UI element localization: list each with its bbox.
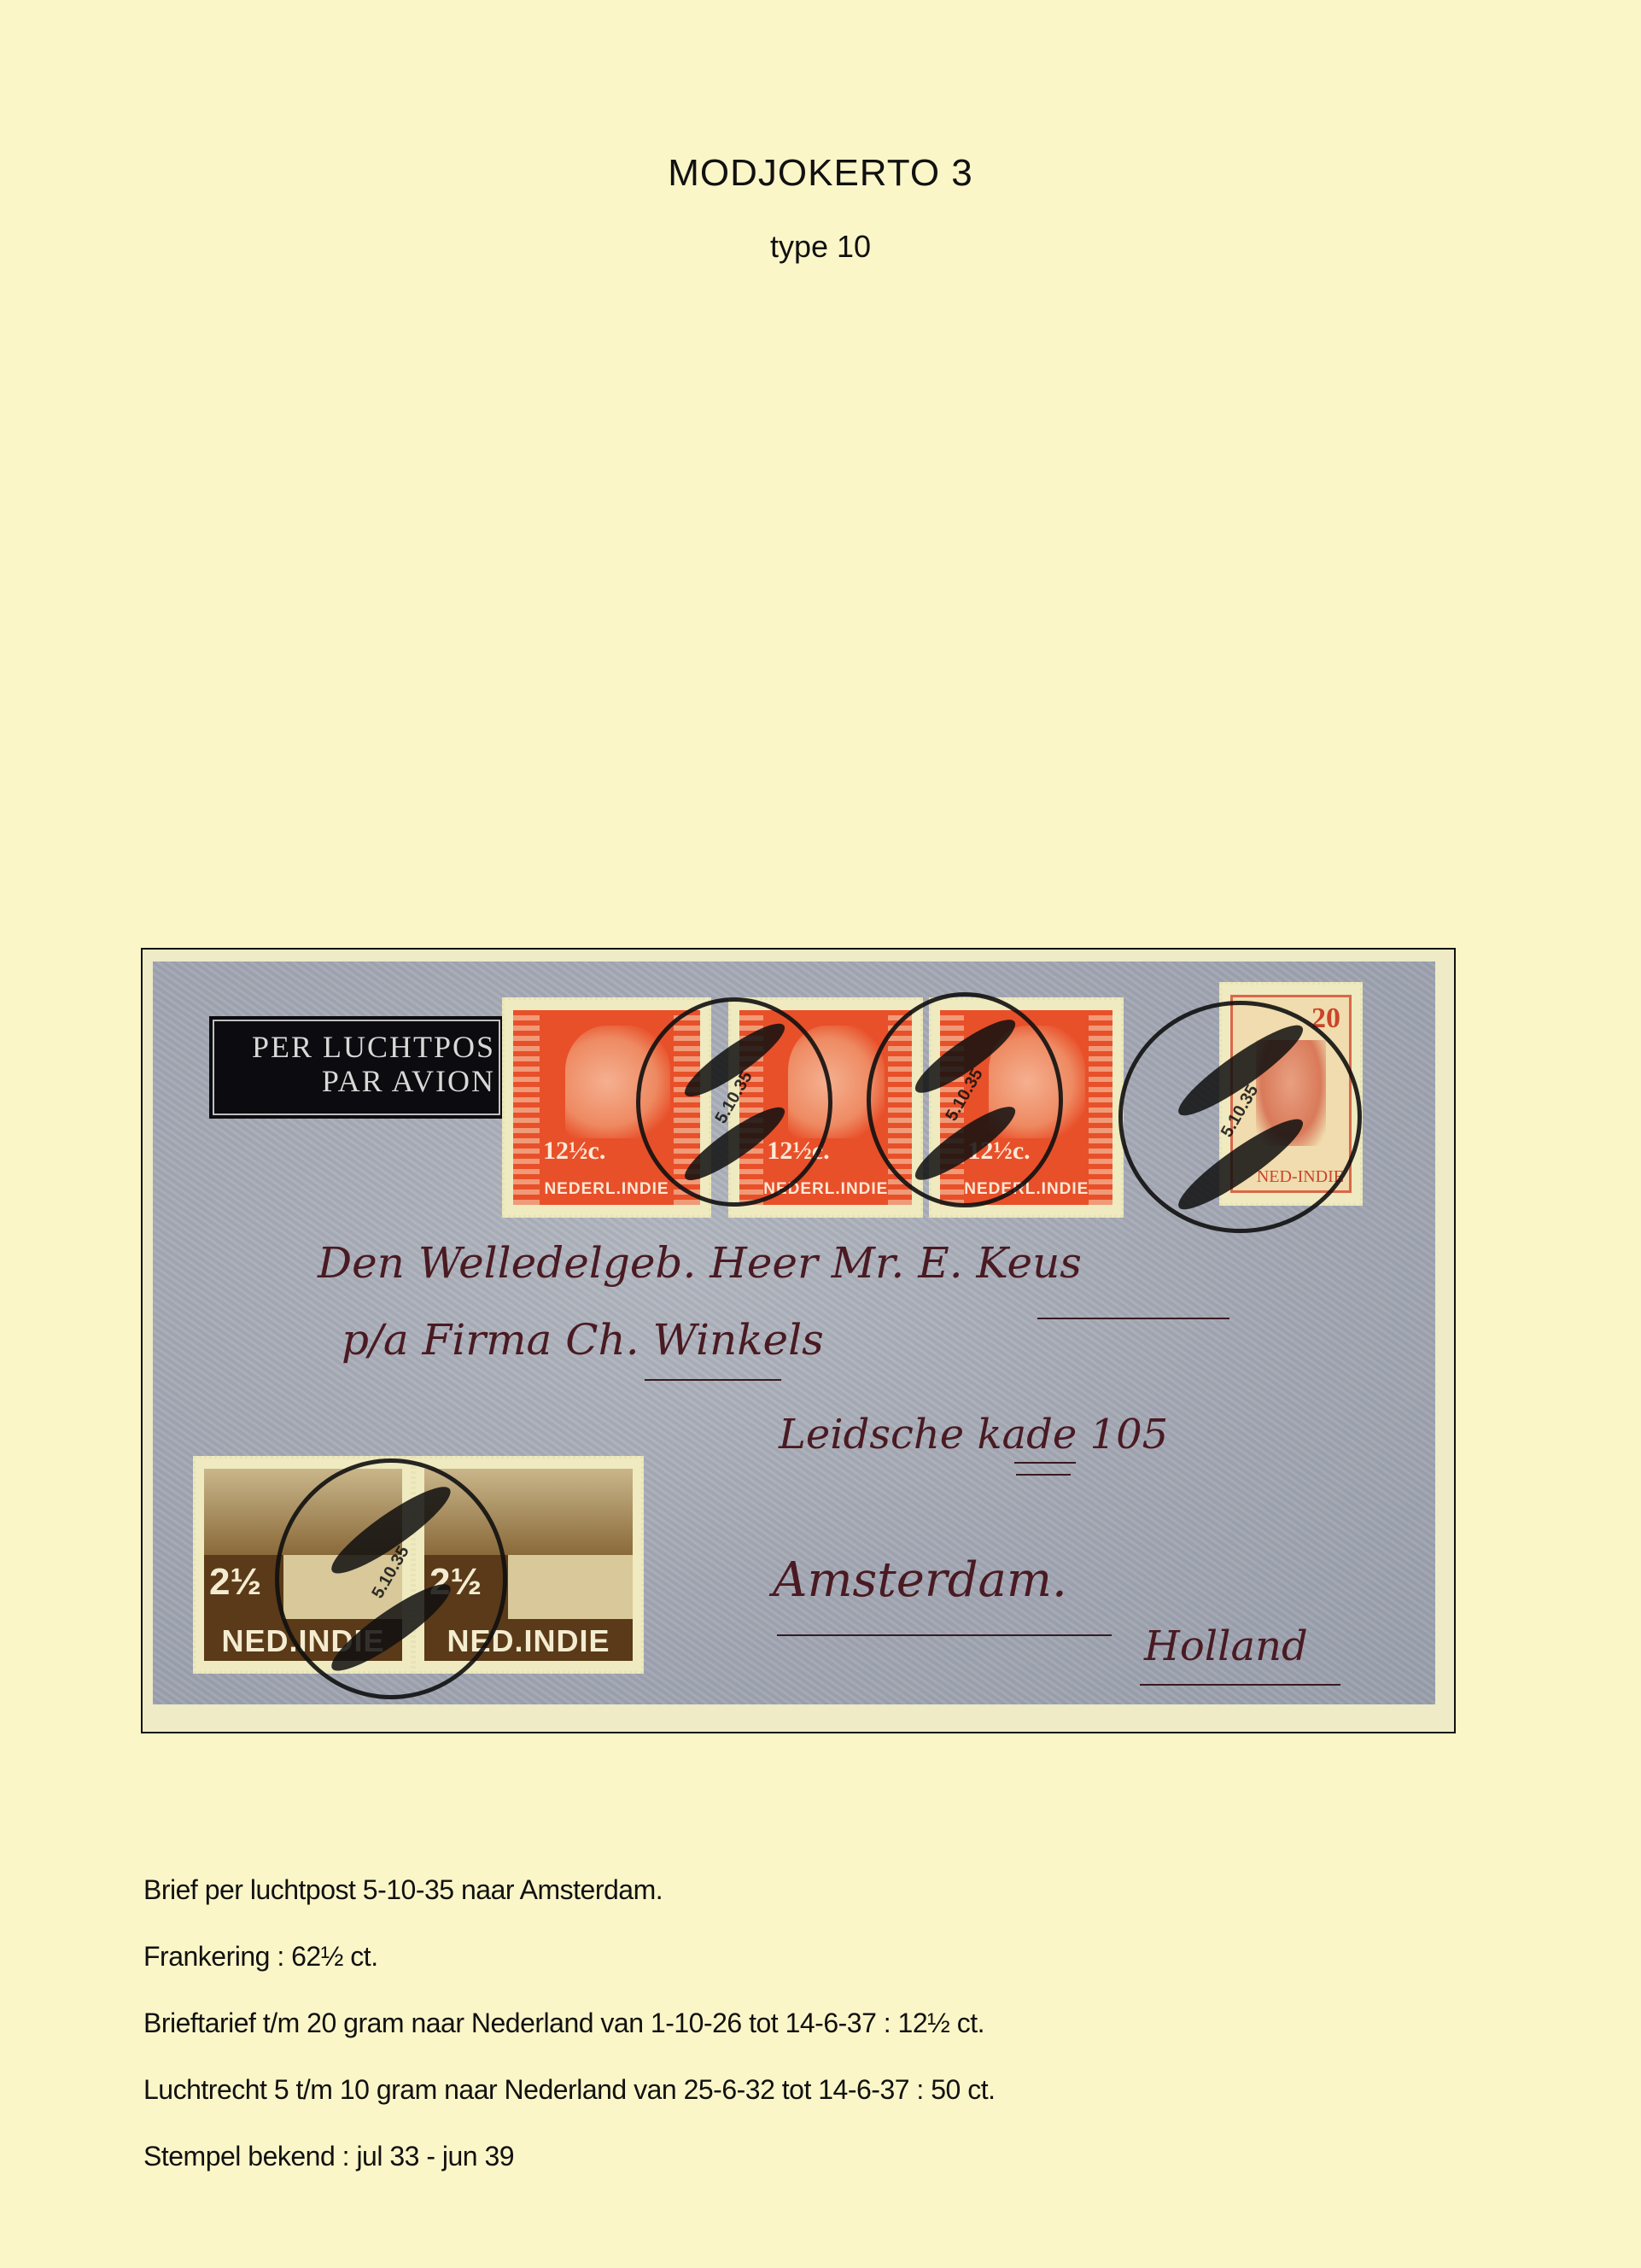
note-line: Stempel bekend : jul 33 - jun 39 [143, 2141, 514, 2172]
note-line: Luchtrecht 5 t/m 10 gram naar Nederland … [143, 2074, 995, 2106]
underline [1014, 1462, 1076, 1464]
address-line-5: Holland [1144, 1622, 1308, 1670]
page-subtitle: type 10 [0, 229, 1641, 265]
postmark-cancel-4: 5.10.35 [275, 1458, 507, 1699]
note-line: Brief per luchtpost 5-10-35 naar Amsterd… [143, 1874, 663, 1906]
address-line-4: Amsterdam. [773, 1552, 1067, 1608]
underline [645, 1379, 781, 1381]
postmark-cancel-2: 5.10.35 [867, 992, 1063, 1207]
note-line: Frankering : 62½ ct. [143, 1941, 378, 1973]
underline [1140, 1684, 1340, 1686]
airmail-label-line2: PAR AVION [214, 1064, 495, 1098]
airmail-label-line1: PER LUCHTPOS [214, 1030, 495, 1064]
page-title: MODJOKERTO 3 [0, 152, 1641, 195]
address-line-2: p/a Firma Ch. Winkels [342, 1315, 824, 1365]
airmail-label: PER LUCHTPOS PAR AVION [209, 1016, 504, 1119]
underline [1037, 1318, 1229, 1319]
underline [1016, 1474, 1071, 1476]
note-line: Brieftarief t/m 20 gram naar Nederland v… [143, 2008, 984, 2039]
address-line-1: Den Welledelgeb. Heer Mr. E. Keus [318, 1238, 1082, 1288]
address-line-3: Leidsche kade 105 [779, 1411, 1168, 1458]
postmark-cancel-3: 5.10.35 [1118, 1001, 1362, 1233]
underline [777, 1634, 1112, 1636]
postmark-cancel-1: 5.10.35 [636, 997, 832, 1207]
